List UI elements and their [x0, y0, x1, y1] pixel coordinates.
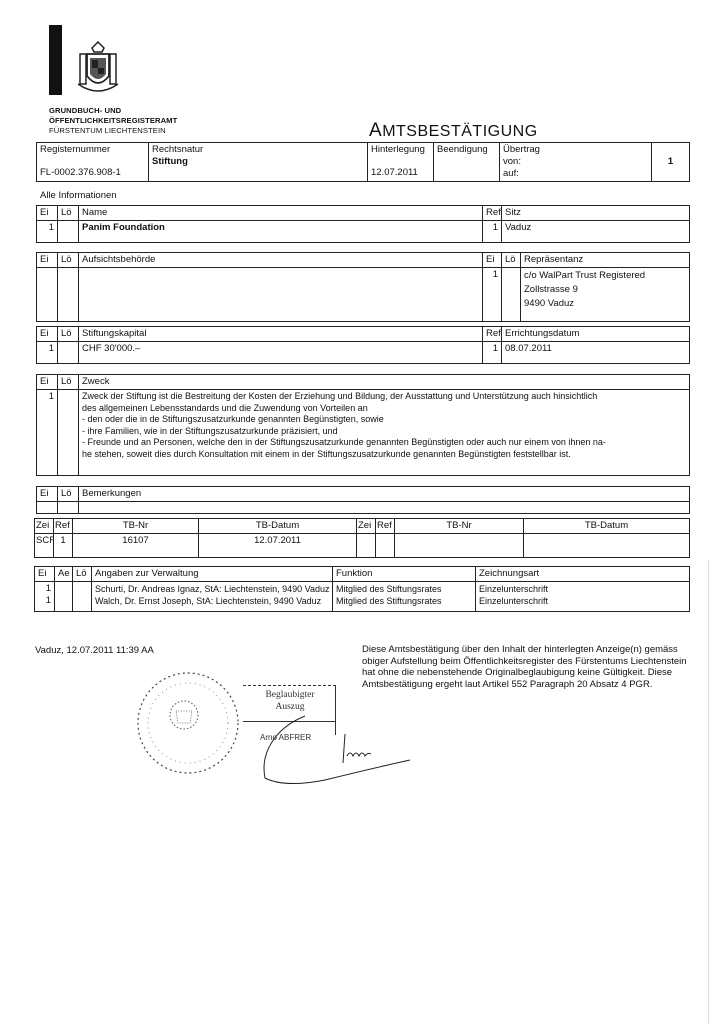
register-header-table: Registernummer FL-0002.376.908-1 Rechtsn…	[36, 142, 690, 182]
page-number: 1	[652, 143, 690, 182]
board-members: Schurti, Dr. Andreas Ignaz, StA: Liechte…	[92, 582, 333, 612]
official-seal-stamp-icon	[132, 667, 244, 779]
foundation-name: Panim Foundation	[79, 221, 483, 243]
table-row: 1 Panim Foundation 1 Vaduz	[37, 221, 690, 243]
tb-table: Zei Ref TB-Nr TB-Datum Zei Ref TB-Nr TB-…	[34, 518, 690, 558]
rechtsnatur-cell: Rechtsnatur Stiftung	[149, 143, 368, 182]
coat-of-arms-icon	[72, 40, 124, 98]
legal-notice: Diese Amtsbestätigung über den Inhalt de…	[362, 644, 697, 691]
capital-amount: CHF 30'000.–	[79, 342, 483, 364]
bemerkungen-table: Ei Lö Bemerkungen	[36, 486, 690, 514]
table-row: 1 Zweck der Stiftung ist die Bestreitung…	[37, 390, 690, 476]
verwaltung-table: Ei Ae Lö Angaben zur Verwaltung Funktion…	[34, 566, 690, 612]
tb-date: 12.07.2011	[199, 534, 357, 558]
table-row: 11 Schurti, Dr. Andreas Ignaz, StA: Liec…	[35, 582, 690, 612]
table-row: 1 CHF 30'000.– 1 08.07.2011	[37, 342, 690, 364]
registernummer-cell: Registernummer FL-0002.376.908-1	[37, 143, 149, 182]
establishment-date: 08.07.2011	[502, 342, 690, 364]
kapital-table: Ei Lö Stiftungskapital Ref Errichtungsda…	[36, 326, 690, 364]
table-row: SCR 1 16107 12.07.2011	[35, 534, 690, 558]
registry-logo-bar	[49, 25, 62, 95]
seat: Vaduz	[502, 221, 690, 243]
handwritten-signature-icon	[245, 708, 415, 788]
hinterlegung-cell: Hinterlegung 12.07.2011	[368, 143, 434, 182]
signature-types: Einzelunterschrift Einzelunterschrift	[476, 582, 690, 612]
uebertrag-cell: Übertrag von: auf:	[500, 143, 652, 182]
representative-address: c/o WalPart Trust Registered Zollstrasse…	[521, 268, 690, 322]
section-label: Alle Informationen	[40, 190, 117, 201]
aufsicht-table: Ei Lö Aufsichtsbehörde Ei Lö Repräsentan…	[36, 252, 690, 322]
zweck-table: Ei Lö Zweck 1 Zweck der Stiftung ist die…	[36, 374, 690, 476]
purpose-text: Zweck der Stiftung ist die Bestreitung d…	[79, 390, 690, 476]
name-table: Ei Lö Name Ref Sitz 1 Panim Foundation 1…	[36, 205, 690, 243]
agency-name: GRUNDBUCH- UND ÖFFENTLICHKEITSREGISTERAM…	[49, 106, 177, 136]
board-functions: Mitglied des Stiftungsrates Mitglied des…	[333, 582, 476, 612]
tb-number: 16107	[73, 534, 199, 558]
table-row: 1 c/o WalPart Trust Registered Zollstras…	[37, 268, 690, 322]
document-title: AMTSBESTÄTIGUNG	[369, 120, 538, 142]
beendigung-cell: Beendigung	[434, 143, 500, 182]
issue-date-line: Vaduz, 12.07.2011 11:39 AA	[35, 645, 154, 656]
